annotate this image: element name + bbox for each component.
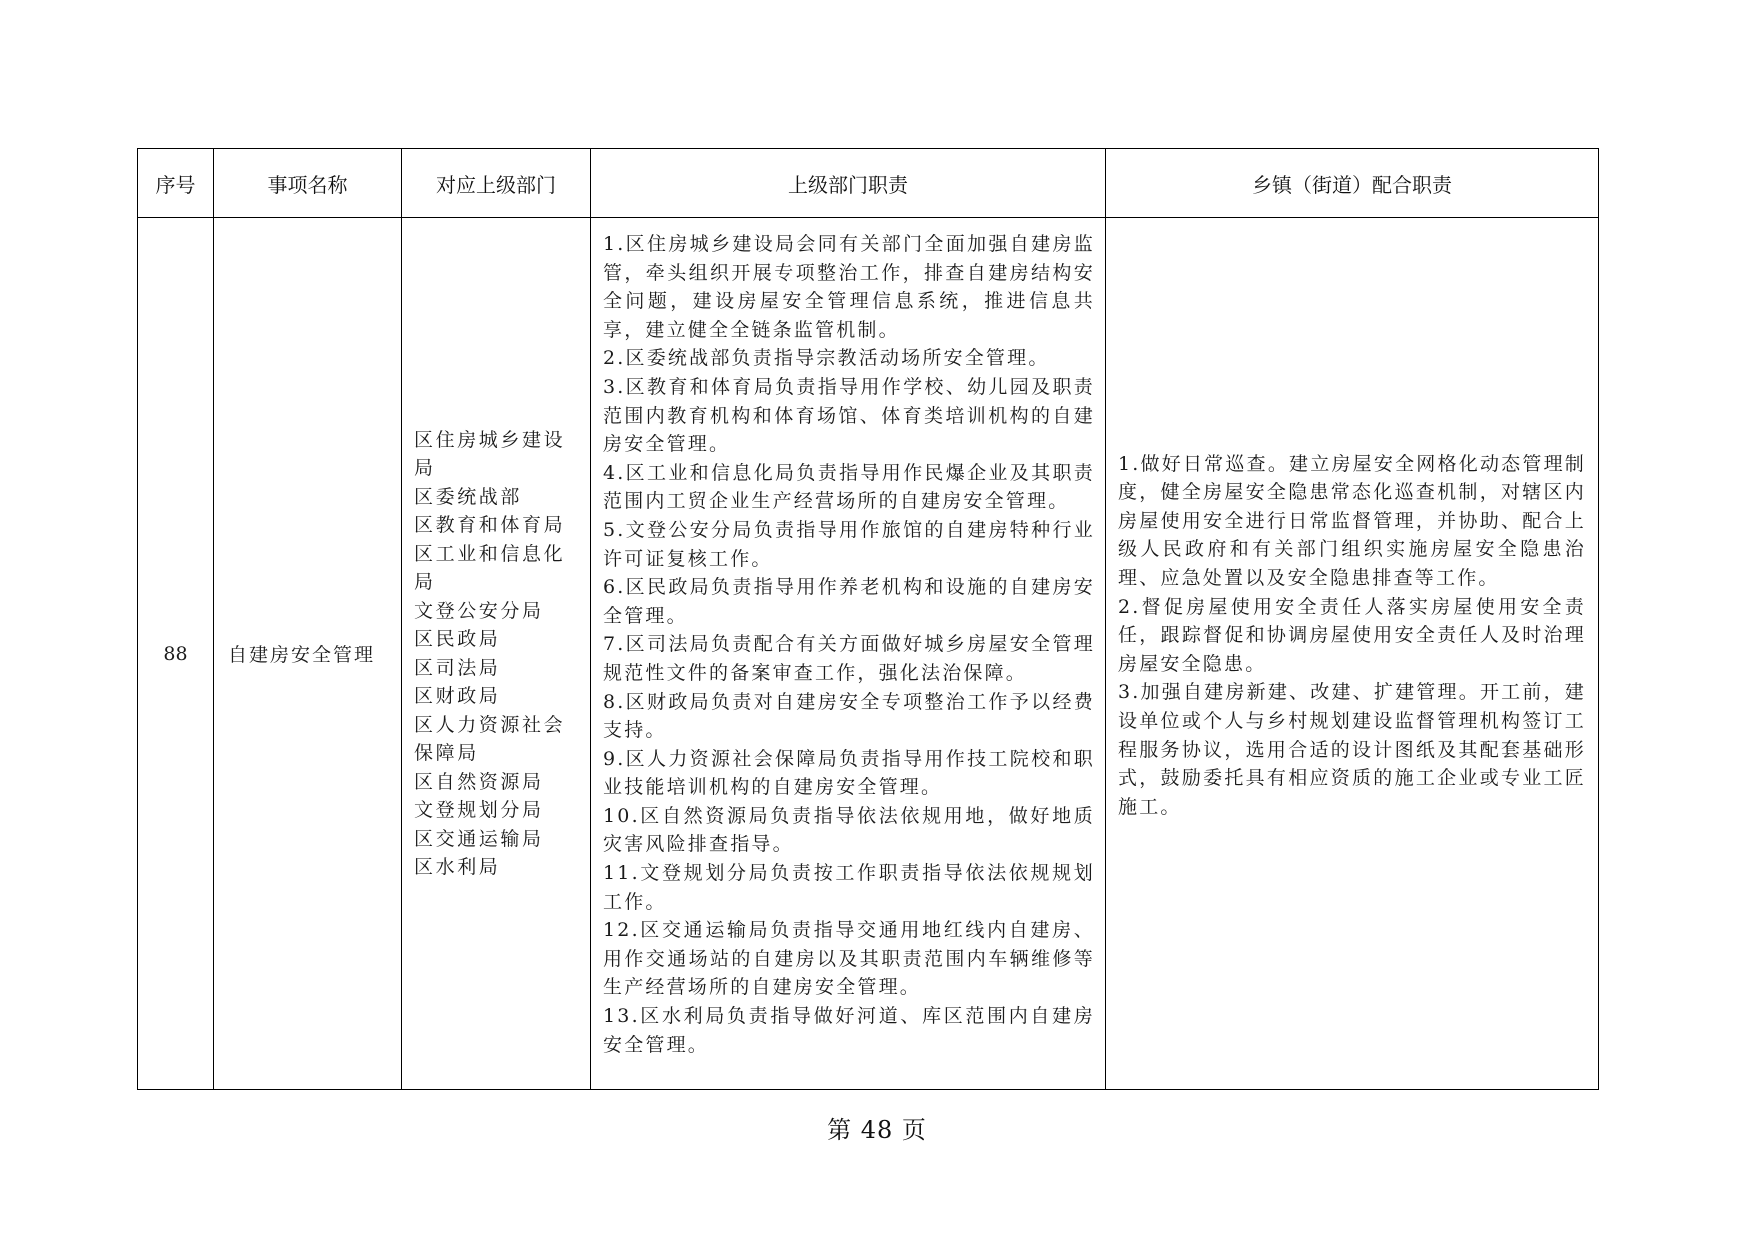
department-item: 区民政局: [414, 625, 580, 654]
department-item: 区交通运输局: [414, 825, 580, 854]
page-number: 第 48 页: [0, 1110, 1754, 1145]
town-cooperation-duty-cell: 1.做好日常巡查。建立房屋安全网格化动态管理制度，健全房屋安全隐患常态化巡查机制…: [1106, 218, 1599, 1090]
town-duty-paragraph: 2.督促房屋使用安全责任人落实房屋使用安全责任，跟踪督促和协调房屋使用安全责任人…: [1118, 593, 1586, 679]
department-item: 区自然资源局: [414, 768, 580, 797]
duty-paragraph: 13.区水利局负责指导做好河道、库区范围内自建房安全管理。: [603, 1002, 1095, 1059]
duty-paragraph: 11.文登规划分局负责按工作职责指导依法依规规划工作。: [603, 859, 1095, 916]
header-item-name: 事项名称: [214, 149, 402, 218]
upper-department-duty-cell: 1.区住房城乡建设局会同有关部门全面加强自建房监管，牵头组织开展专项整治工作，排…: [591, 218, 1106, 1090]
duty-paragraph: 8.区财政局负责对自建房安全专项整治工作予以经费支持。: [603, 688, 1095, 745]
department-item: 区司法局: [414, 654, 580, 683]
town-duty-paragraph: 1.做好日常巡查。建立房屋安全网格化动态管理制度，健全房屋安全隐患常态化巡查机制…: [1118, 450, 1586, 593]
duty-paragraph: 7.区司法局负责配合有关方面做好城乡房屋安全管理规范性文件的备案审查工作，强化法…: [603, 630, 1095, 687]
department-item: 区财政局: [414, 682, 580, 711]
serial-number-cell: 88: [138, 218, 214, 1090]
duty-paragraph: 12.区交通运输局负责指导交通用地红线内自建房、用作交通场站的自建房以及其职责范…: [603, 916, 1095, 1002]
header-upper-department: 对应上级部门: [402, 149, 591, 218]
header-upper-department-duty: 上级部门职责: [591, 149, 1106, 218]
department-item: 区人力资源社会保障局: [414, 711, 580, 768]
department-item: 区水利局: [414, 853, 580, 882]
duty-paragraph: 10.区自然资源局负责指导依法依规用地，做好地质灾害风险排查指导。: [603, 802, 1095, 859]
duty-paragraph: 6.区民政局负责指导用作养老机构和设施的自建房安全管理。: [603, 573, 1095, 630]
duty-paragraph: 4.区工业和信息化局负责指导用作民爆企业及其职责范围内工贸企业生产经营场所的自建…: [603, 459, 1095, 516]
responsibility-table: 序号 事项名称 对应上级部门 上级部门职责 乡镇（街道）配合职责 88 自建房安…: [137, 148, 1599, 1090]
item-name-cell: 自建房安全管理: [214, 218, 402, 1090]
duty-paragraph: 1.区住房城乡建设局会同有关部门全面加强自建房监管，牵头组织开展专项整治工作，排…: [603, 230, 1095, 344]
department-item: 文登规划分局: [414, 796, 580, 825]
duty-paragraph: 9.区人力资源社会保障局负责指导用作技工院校和职业技能培训机构的自建房安全管理。: [603, 745, 1095, 802]
duty-paragraph: 3.区教育和体育局负责指导用作学校、幼儿园及职责范围内教育机构和体育场馆、体育类…: [603, 373, 1095, 459]
header-town-cooperation-duty: 乡镇（街道）配合职责: [1106, 149, 1599, 218]
duty-paragraph: 2.区委统战部负责指导宗教活动场所安全管理。: [603, 344, 1095, 373]
department-item: 区委统战部: [414, 483, 580, 512]
department-item: 文登公安分局: [414, 597, 580, 626]
upper-department-cell: 区住房城乡建设局 区委统战部 区教育和体育局 区工业和信息化局 文登公安分局 区…: [402, 218, 591, 1090]
duty-paragraph: 5.文登公安分局负责指导用作旅馆的自建房特种行业许可证复核工作。: [603, 516, 1095, 573]
table-header-row: 序号 事项名称 对应上级部门 上级部门职责 乡镇（街道）配合职责: [138, 149, 1599, 218]
department-item: 区工业和信息化局: [414, 540, 580, 597]
town-duty-paragraph: 3.加强自建房新建、改建、扩建管理。开工前，建设单位或个人与乡村规划建设监督管理…: [1118, 678, 1586, 821]
header-serial-number: 序号: [138, 149, 214, 218]
department-item: 区住房城乡建设局: [414, 426, 580, 483]
table-row: 88 自建房安全管理 区住房城乡建设局 区委统战部 区教育和体育局 区工业和信息…: [138, 218, 1599, 1090]
department-item: 区教育和体育局: [414, 511, 580, 540]
